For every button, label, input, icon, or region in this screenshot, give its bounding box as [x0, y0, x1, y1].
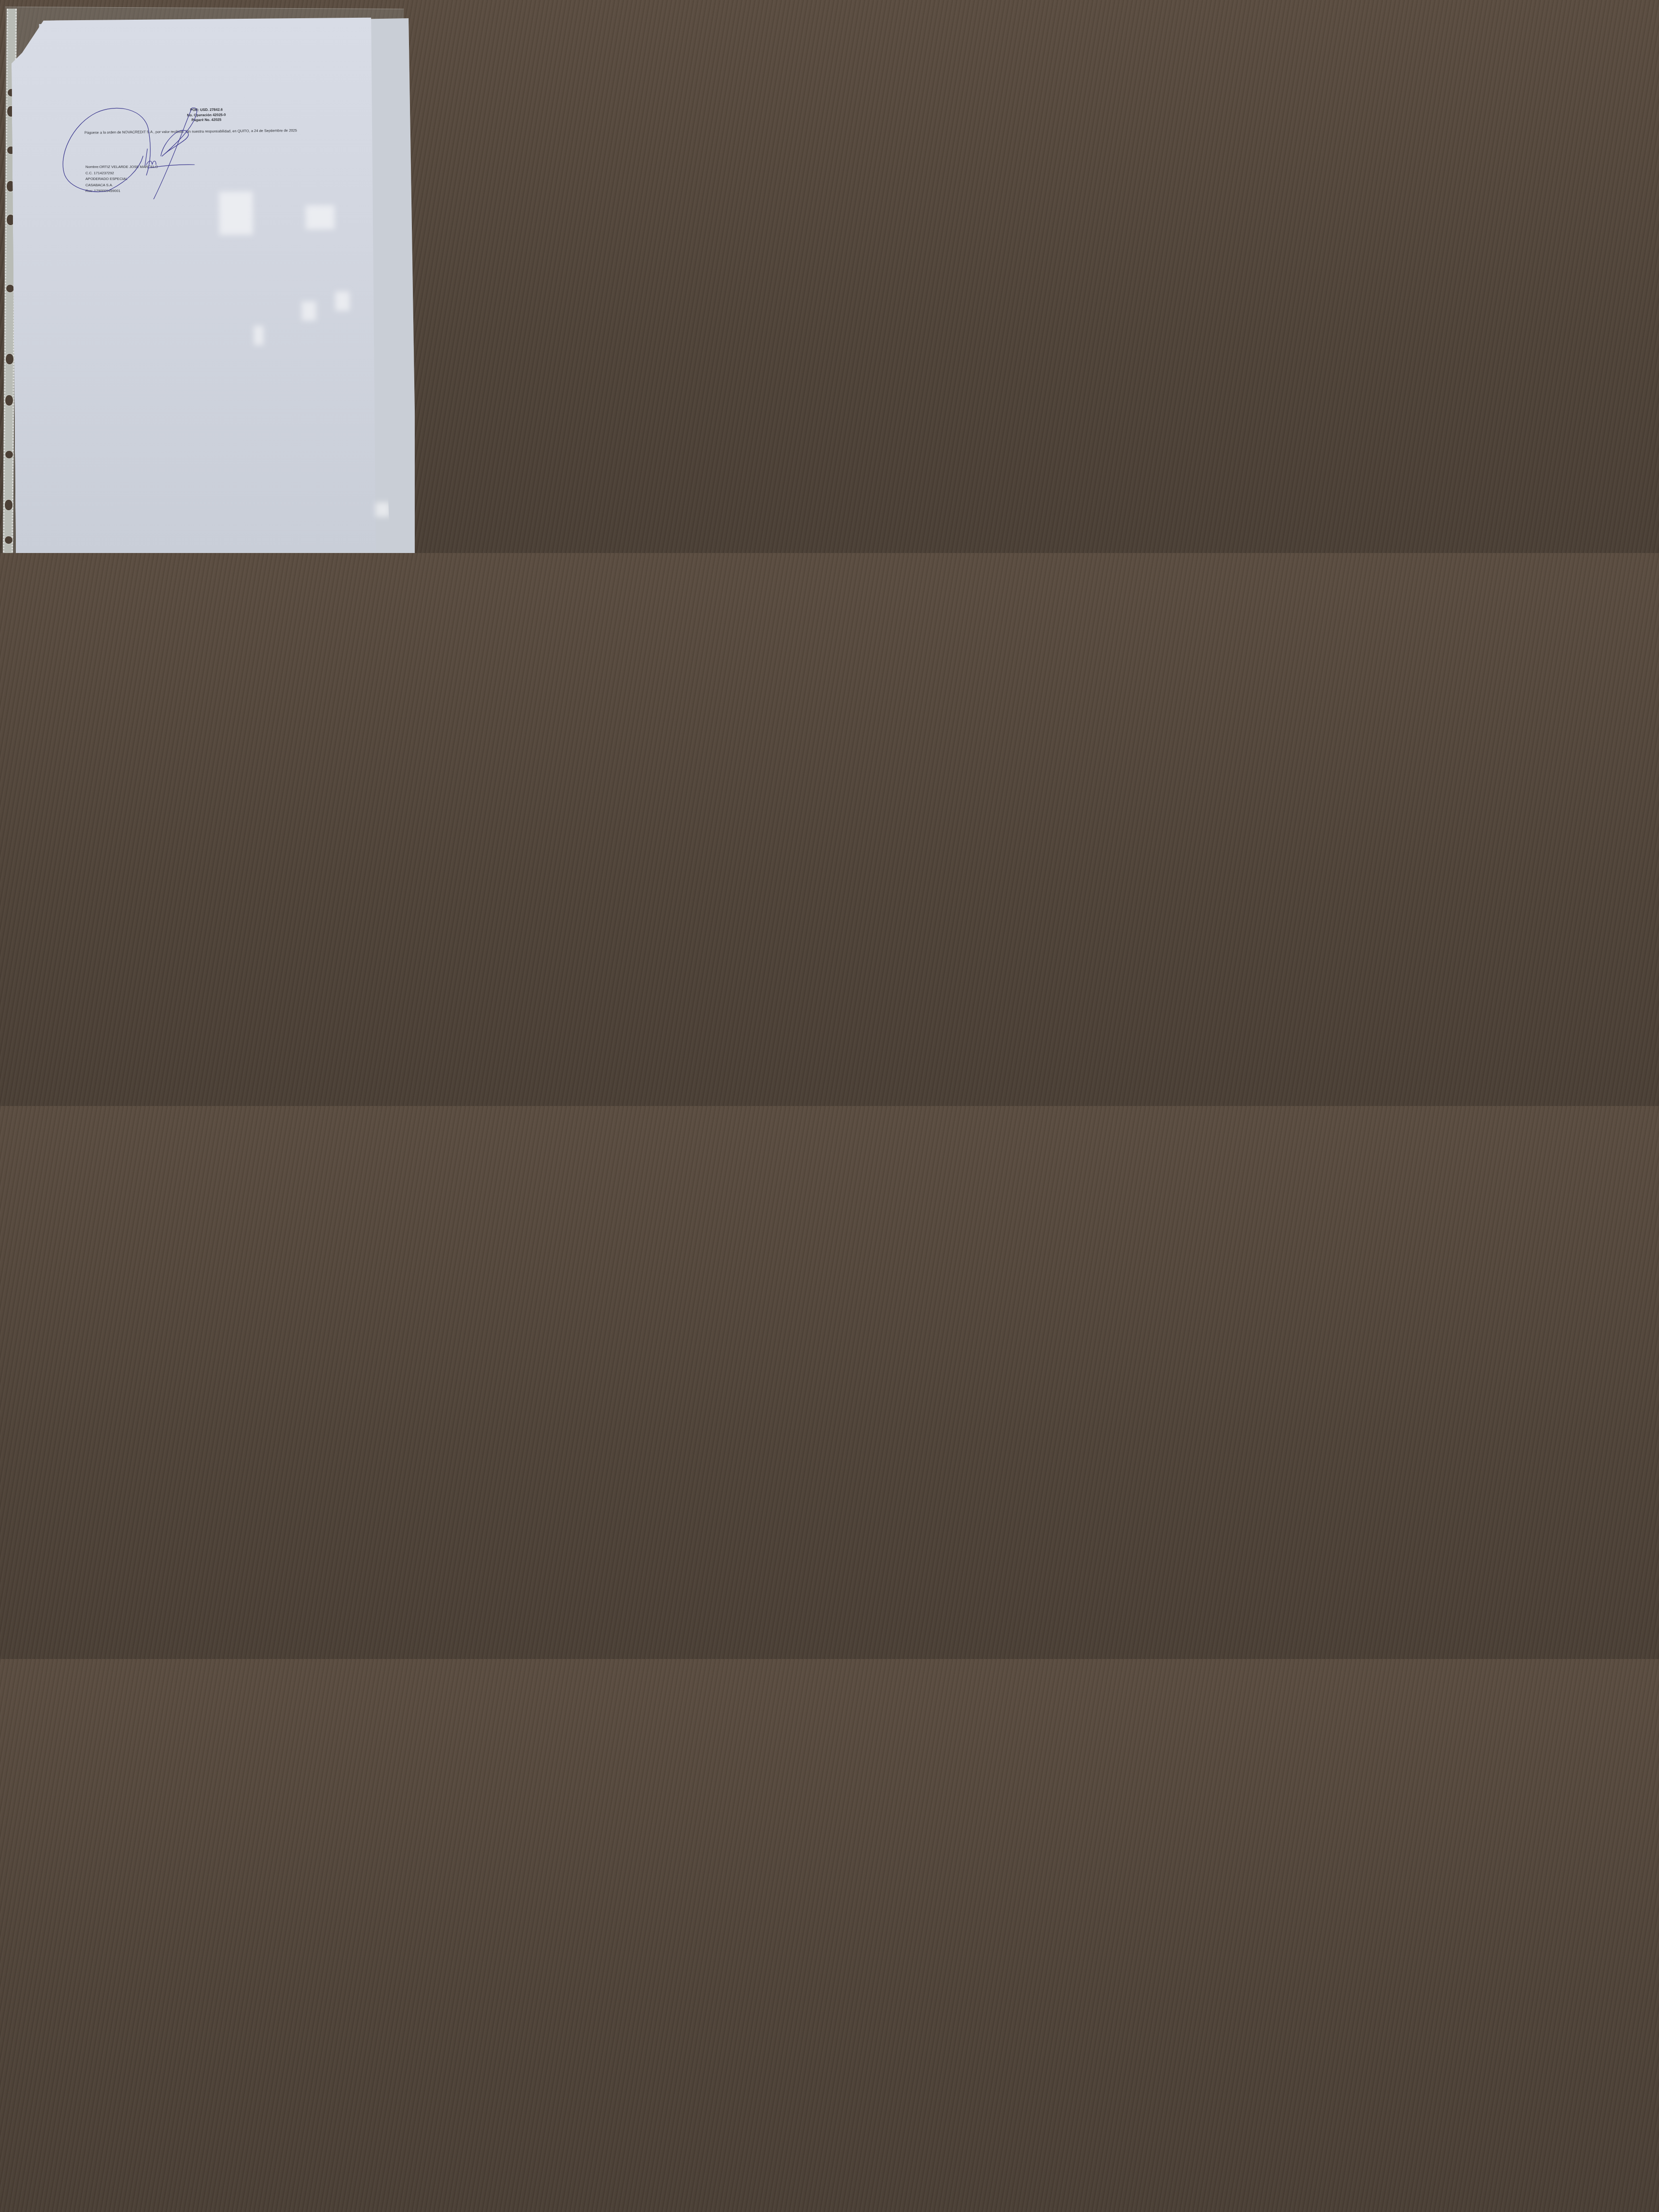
- light-glare: [301, 301, 316, 321]
- promissory-note-number-line: Pagaré No. 42025: [166, 117, 247, 123]
- light-glare: [335, 291, 349, 311]
- signer-name: Nombre:ORTIZ VELARDE JOSE MARCELO: [85, 164, 158, 170]
- signer-block: Nombre:ORTIZ VELARDE JOSE MARCELO C.C. 1…: [85, 164, 158, 194]
- document-page: [11, 18, 376, 553]
- signer-company: CASABACA S.A.: [85, 182, 158, 189]
- signer-role: APODERADO ESPECIAL: [85, 176, 158, 182]
- punch-hole-icon: [4, 499, 13, 511]
- light-glare: [254, 326, 264, 345]
- document-header: POR: USD. 27842.6 No. Operación 42025-0 …: [166, 107, 247, 123]
- punch-hole-icon: [4, 536, 13, 544]
- light-glare: [375, 502, 390, 517]
- punch-hole-icon: [6, 284, 14, 293]
- light-glare: [219, 192, 253, 235]
- punch-hole-icon: [5, 353, 14, 365]
- punch-hole-icon: [5, 450, 13, 459]
- light-glare: [306, 205, 335, 229]
- signer-id: C.C. 1714237292: [85, 170, 158, 177]
- signer-ruc: Ruc: 1790009459001: [85, 188, 158, 194]
- punch-hole-icon: [5, 395, 13, 406]
